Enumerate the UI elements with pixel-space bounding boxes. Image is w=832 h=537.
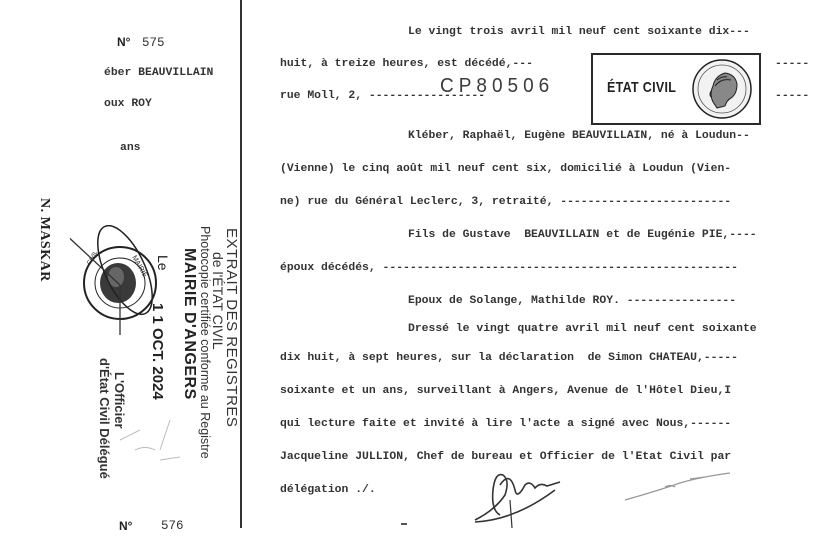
body-line: Le vingt trois avril mil neuf cent soixa… xyxy=(408,26,750,38)
etat-civil-label: ÉTAT CIVIL xyxy=(607,79,676,96)
body-line: Epoux de Solange, Mathilde ROY. --------… xyxy=(408,295,736,307)
officer-signature xyxy=(455,460,565,530)
body-line-dashes: ----- xyxy=(775,58,809,70)
margin-divider xyxy=(240,0,242,528)
next-record-number: 576 xyxy=(161,519,184,533)
ink-mark xyxy=(401,523,407,525)
stamp-etat-civil: de l'ÉTAT CIVIL xyxy=(210,252,226,350)
officer-name: N. MASKAR xyxy=(36,198,52,282)
body-line: époux décédés, -------------------------… xyxy=(280,262,738,274)
body-line: Kléber, Raphaël, Eugène BEAUVILLAIN, né … xyxy=(408,130,750,142)
mairie-seal-icon: MAIRIE CIVIL xyxy=(70,225,170,335)
body-line: (Vienne) le cinq août mil neuf cent six,… xyxy=(280,163,731,175)
record-number-label: N° xyxy=(117,35,130,49)
body-line: ne) rue du Général Leclerc, 3, retraité,… xyxy=(280,196,731,208)
margin-age: ans xyxy=(120,142,141,154)
stamp-mairie: MAIRIE D'ANGERS xyxy=(180,248,198,400)
body-line-dashes: ----- xyxy=(775,90,809,102)
body-line: délégation ./. xyxy=(280,484,376,496)
margin-name: éber BEAUVILLAIN xyxy=(104,67,213,79)
body-line: Dressé le vingt quatre avril mil neuf ce… xyxy=(408,323,757,335)
pencil-marks xyxy=(100,400,210,480)
declarant-signature xyxy=(620,465,740,505)
marianne-coin-icon xyxy=(691,58,753,120)
body-line: rue Moll, 2, ----------------- xyxy=(280,90,485,102)
record-number: 575 xyxy=(142,36,165,50)
next-record-label: N° xyxy=(119,519,132,533)
etat-civil-stamp: ÉTAT CIVIL xyxy=(591,53,761,125)
body-line: qui lecture faite et invité à lire l'act… xyxy=(280,418,731,430)
body-line: dix huit, à sept heures, sur la déclarat… xyxy=(280,352,738,364)
body-line: huit, à treize heures, est décédé,--- xyxy=(280,58,533,70)
body-line: Fils de Gustave BEAUVILLAIN et de Eugéni… xyxy=(408,229,757,241)
margin-spouse: oux ROY xyxy=(104,98,152,110)
body-line: soixante et un ans, surveillant à Angers… xyxy=(280,385,731,397)
